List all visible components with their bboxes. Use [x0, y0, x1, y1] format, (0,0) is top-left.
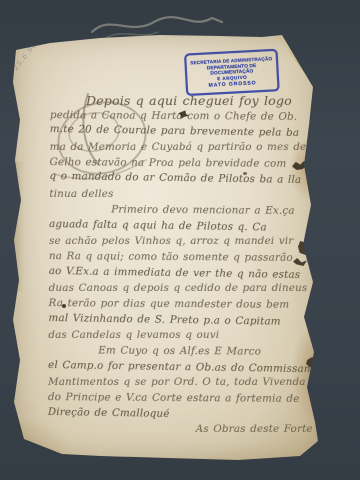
- stamp-line: MATO GROSSO: [208, 80, 256, 88]
- manuscript-lines: Depois q aqui cheguei foy logopedida a C…: [48, 92, 306, 439]
- manuscript-line: As Obras deste Forte: [48, 422, 304, 438]
- manuscript-line: se achão pelos Vinhos q, arroz q mandei …: [49, 234, 305, 250]
- document-page: 25.6.98 SECRETARIA DE ADMINISTRAÇÃO DEPA…: [10, 30, 322, 462]
- photo-background: 25.6.98 SECRETARIA DE ADMINISTRAÇÃO DEPA…: [0, 0, 360, 480]
- archive-stamp-border: SECRETARIA DE ADMINISTRAÇÃO DEPARTAMENTO…: [184, 49, 280, 97]
- pencil-date-note: 25.6.98: [12, 28, 49, 72]
- manuscript-line: tinua delles: [49, 187, 305, 203]
- edge-stain: [8, 162, 24, 292]
- manuscript-line: ma da Memoria e Cuyabá q partirão o mes …: [50, 140, 306, 156]
- archive-stamp: SECRETARIA DE ADMINISTRAÇÃO DEPARTAMENTO…: [184, 49, 280, 97]
- manuscript-line: duas Canoas q depois q cedido de para di…: [49, 281, 305, 297]
- manuscript-line: Mantimentos q se por Ord. O ta, toda Viv…: [48, 375, 304, 391]
- manuscript-line: das Candelas q levamos q ouvi: [48, 328, 304, 344]
- torn-notch: [34, 34, 50, 43]
- manuscript-line: Depois q aqui cheguei foy logo: [50, 93, 306, 109]
